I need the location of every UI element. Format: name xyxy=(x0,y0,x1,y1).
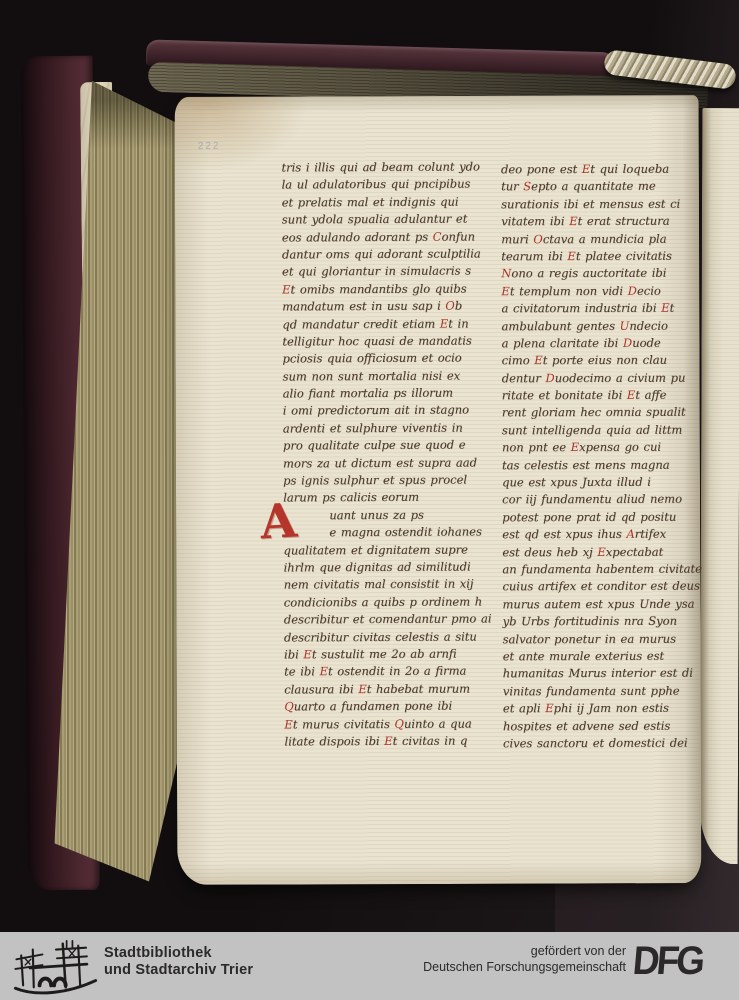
manuscript-line: larum ps calicis eorum xyxy=(283,490,468,508)
manuscript-text: xpectabat xyxy=(606,544,663,558)
manuscript-text: tris i illis qui ad beam colunt ydo xyxy=(281,159,480,174)
manuscript-line: ps ignis sulphur et spus procel xyxy=(283,473,468,491)
manuscript-line: est qd est xpus ihus Artifex xyxy=(502,527,674,545)
manuscript-text: t xyxy=(670,301,675,315)
rubricated-capital: E xyxy=(661,301,669,315)
manuscript-line: qualitatem et dignitatem supre xyxy=(283,542,468,560)
manuscript-text: t murus civitatis xyxy=(293,716,395,731)
manuscript-line: describitur et comendantur pmo ai xyxy=(284,612,469,630)
manuscript-text: cuius artifex et conditor est deus xyxy=(502,579,699,594)
manuscript-line: mandatum est in usu sap i Ob xyxy=(282,299,467,317)
manuscript-text: et qui gloriantur in simulacris s xyxy=(282,264,471,279)
manuscript-line: Nono a regis auctoritate ibi xyxy=(501,266,673,284)
manuscript-line: murus autem est xpus Unde ysa xyxy=(502,596,674,614)
rubricated-capital: C xyxy=(433,229,442,243)
rubricated-capital: O xyxy=(445,299,455,313)
manuscript-text: vitatem ibi xyxy=(501,214,569,228)
manuscript-text: qd mandatur credit etiam xyxy=(282,316,440,331)
manuscript-line: surationis ibi et mensus est ci xyxy=(501,196,673,214)
manuscript-line: hospites et advene sed estis xyxy=(503,718,675,736)
manuscript-line: cives sanctoru et domestici dei xyxy=(503,736,675,754)
rubricated-initial: A xyxy=(259,497,298,546)
manuscript-text: t erat structura xyxy=(578,214,670,228)
manuscript-line: et prelatis mal et indignis qui xyxy=(282,194,467,212)
manuscript-text: eos adulando adorant ps xyxy=(282,229,433,244)
manuscript-text: ritate et bonitate ibi xyxy=(502,388,627,402)
manuscript-text: que est xpus Juxta illud i xyxy=(502,475,651,490)
manuscript-line: sunt intelligenda quia ad littm xyxy=(502,423,674,441)
manuscript-line: est deus heb xj Expectabat xyxy=(502,544,674,562)
manuscript-line: clausura ibi Et habebat murum xyxy=(284,681,469,699)
manuscript-line: nem civitatis mal consistit in xij xyxy=(284,577,469,595)
manuscript-line: an fundamenta habentem civitate xyxy=(502,562,674,580)
library-name: Stadtbibliothek und Stadtarchiv Trier xyxy=(104,945,253,979)
manuscript-line: dentur Duodecimo a civium pu xyxy=(502,370,674,388)
manuscript-text: tur xyxy=(501,180,523,194)
manuscript-line: potest pone prat id qd positu xyxy=(502,510,674,528)
manuscript-text: et ante murale exterius est xyxy=(503,649,664,664)
manuscript-line: rent gloriam hec omnia spualit xyxy=(502,405,674,423)
manuscript-line: Et murus civitatis Quinto a qua xyxy=(284,716,469,734)
manuscript-line: describitur civitas celestis a situ xyxy=(284,629,469,647)
manuscript-line: qd mandatur credit etiam Et in xyxy=(282,316,467,334)
manuscript-text: t in xyxy=(448,316,468,330)
rubricated-capital: S xyxy=(523,180,531,194)
digitized-manuscript-photo: .1 e) L 222 A tris i illis qui ad beam c… xyxy=(0,0,739,1000)
rubricated-capital: U xyxy=(620,318,630,332)
manuscript-line: tris i illis qui ad beam colunt ydo xyxy=(281,160,466,178)
manuscript-line: la ul adulatoribus qui pncipibus xyxy=(282,177,467,195)
manuscript-line: eos adulando adorant ps Confun xyxy=(282,229,467,247)
manuscript-line: tas celestis est mens magna xyxy=(502,457,674,475)
manuscript-text: uinto a qua xyxy=(404,716,472,730)
manuscript-line: et qui gloriantur in simulacris s xyxy=(282,264,467,282)
folio-number-pencil: 222 xyxy=(198,141,221,152)
manuscript-text: a plena claritate ibi xyxy=(502,336,623,350)
manuscript-text: uode xyxy=(632,336,661,350)
manuscript-line: Et omibs mandantibs glo quibs xyxy=(282,281,467,299)
rubricated-capital: Q xyxy=(394,716,404,730)
rubricated-capital: E xyxy=(534,353,542,367)
manuscript-text: ambulabunt gentes xyxy=(502,318,620,332)
manuscript-text: non pnt ee xyxy=(502,440,571,454)
manuscript-line: cuius artifex et conditor est deus xyxy=(502,579,674,597)
manuscript-text: t qui loqueba xyxy=(590,162,669,176)
manuscript-text: t platee civitatis xyxy=(576,249,672,263)
manuscript-text: yb Urbs fortitudinis nra Syon xyxy=(503,614,677,629)
manuscript-line: telligitur hoc quasi de mandatis xyxy=(282,333,467,351)
manuscript-text: ardenti et sulphure viventis in xyxy=(283,420,463,435)
manuscript-text: cives sanctoru et domestici dei xyxy=(503,736,688,751)
manuscript-text: dantur oms qui adorant sculptilia xyxy=(282,246,481,261)
manuscript-text: t civitas in q xyxy=(393,733,468,747)
facing-page-sliver xyxy=(700,108,739,864)
rubricated-capital: D xyxy=(545,371,554,385)
manuscript-line: pro qualitate culpe sue quod e xyxy=(283,438,468,456)
manuscript-line: a civitatorum industria ibi Et xyxy=(501,301,673,319)
manuscript-line: e magna ostendit iohanes xyxy=(283,525,468,543)
manuscript-line: uant unus za ps xyxy=(283,507,468,525)
manuscript-line: ibi Et sustulit me 2o ab arnfi xyxy=(284,646,469,664)
manuscript-text: vinitas fundamenta sunt pphe xyxy=(503,683,680,698)
manuscript-line: cor iij fundamentu aliud nemo xyxy=(502,492,674,510)
manuscript-line: condicionibs a quibs p ordinem h xyxy=(284,594,469,612)
manuscript-line: litate dispois ibi Et civitas in q xyxy=(284,733,469,751)
manuscript-text: qualitatem et dignitatem supre xyxy=(283,542,468,557)
manuscript-text: t affe xyxy=(635,388,666,402)
manuscript-text: t ostendit in 2o a firma xyxy=(328,664,466,679)
manuscript-line: yb Urbs fortitudinis nra Syon xyxy=(503,614,675,632)
manuscript-line: ardenti et sulphure viventis in xyxy=(283,420,468,438)
manuscript-line: a plena claritate ibi Duode xyxy=(502,336,674,354)
manuscript-line: et apli Ephi ij Jam non estis xyxy=(503,701,675,719)
manuscript-text: rtifex xyxy=(635,527,666,541)
manuscript-line: Et templum non vidi Decio xyxy=(501,283,673,301)
funding-line2: Deutschen Forschungsgemeinschaft xyxy=(423,960,626,976)
manuscript-text: ps ignis sulphur et spus procel xyxy=(283,473,467,488)
manuscript-text: nem civitatis mal consistit in xij xyxy=(284,577,474,592)
manuscript-text: sunt ydola spualia adulantur et xyxy=(282,212,468,227)
rubricated-capital: E xyxy=(320,665,328,679)
manuscript-line: cimo Et porte eius non clau xyxy=(502,353,674,371)
manuscript-text: ctava a mundicia pla xyxy=(543,231,667,245)
manuscript-text: la ul adulatoribus qui pncipibus xyxy=(282,177,471,192)
manuscript-line: pciosis quia officiosum et ocio xyxy=(282,351,467,369)
manuscript-line: sum non sunt mortalia nisi ex xyxy=(283,368,468,386)
library-name-line2: und Stadtarchiv Trier xyxy=(104,962,253,979)
manuscript-text: sum non sunt mortalia nisi ex xyxy=(283,368,461,383)
manuscript-text: ecio xyxy=(637,283,661,297)
manuscript-text: et prelatis mal et indignis qui xyxy=(282,194,459,209)
manuscript-text: tearum ibi xyxy=(501,249,567,263)
manuscript-line: ambulabunt gentes Undecio xyxy=(502,318,674,336)
manuscript-text: muri xyxy=(501,232,533,246)
rubricated-capital: E xyxy=(303,647,311,661)
manuscript-line: muri Octava a mundicia pla xyxy=(501,231,673,249)
rubricated-capital: E xyxy=(567,249,575,263)
manuscript-text: telligitur hoc quasi de mandatis xyxy=(282,333,471,348)
manuscript-text: uarto a fundamen pone ibi xyxy=(294,699,452,714)
manuscript-text: a civitatorum industria ibi xyxy=(501,301,661,316)
manuscript-text: pciosis quia officiosum et ocio xyxy=(282,351,461,366)
manuscript-text: i omi predictorum ait in stagno xyxy=(283,403,469,418)
manuscript-line: i omi predictorum ait in stagno xyxy=(283,403,468,421)
rubricated-capital: O xyxy=(533,232,542,246)
manuscript-text: epto a quantitate me xyxy=(531,179,656,193)
manuscript-line: tur Septo a quantitate me xyxy=(501,179,673,197)
manuscript-text: est deus heb xj xyxy=(502,545,597,559)
digitization-footer: Stadtbibliothek und Stadtarchiv Trier ge… xyxy=(0,932,739,1000)
manuscript-line: dantur oms qui adorant sculptilia xyxy=(282,246,467,264)
manuscript-text: ndecio xyxy=(629,318,668,332)
manuscript-text: t omibs mandantibs glo quibs xyxy=(290,281,466,296)
manuscript-text: litate dispois ibi xyxy=(284,734,384,749)
manuscript-text: ihrlm que dignitas ad similitudi xyxy=(284,559,471,574)
manuscript-text: e magna ostendit iohanes xyxy=(329,525,482,540)
manuscript-text: xpensa go cui xyxy=(579,440,661,454)
library-logo-porta-nigra-icon xyxy=(12,938,100,996)
manuscript-line: non pnt ee Expensa go cui xyxy=(502,440,674,458)
manuscript-text: cimo xyxy=(502,353,535,367)
manuscript-line: humanitas Murus interior est di xyxy=(503,666,675,684)
manuscript-text: cor iij fundamentu aliud nemo xyxy=(502,492,682,507)
manuscript-text: te ibi xyxy=(284,665,320,679)
manuscript-text: pro qualitate culpe sue quod e xyxy=(283,438,466,453)
manuscript-text: et apli xyxy=(503,701,545,715)
manuscript-text: sunt intelligenda quia ad littm xyxy=(502,423,682,438)
manuscript-text: mandatum est in usu sap i xyxy=(282,299,445,314)
manuscript-line: deo pone est Et qui loqueba xyxy=(501,162,673,180)
funding-line1: gefördert von der xyxy=(423,944,626,960)
manuscript-text: alio fiant mortalia ps illorum xyxy=(283,386,453,401)
manuscript-text: tas celestis est mens magna xyxy=(502,457,670,472)
manuscript-text: mors za ut dictum est supra aad xyxy=(283,455,477,470)
manuscript-text: deo pone est xyxy=(501,162,582,176)
rubricated-capital: N xyxy=(501,267,511,281)
manuscript-text: t porte eius non clau xyxy=(543,353,667,367)
rubricated-capital: E xyxy=(384,734,392,748)
manuscript-text: ono a regis auctoritate ibi xyxy=(511,266,666,281)
manuscript-text: t sustulit me 2o ab arnfi xyxy=(312,647,457,662)
manuscript-text: ibi xyxy=(284,647,303,661)
manuscript-text: larum ps calicis eorum xyxy=(283,490,419,505)
manuscript-text: describitur et comendantur pmo ai xyxy=(284,612,492,627)
manuscript-text: t templum non vidi xyxy=(510,284,628,298)
manuscript-line: ihrlm que dignitas ad similitudi xyxy=(284,559,469,577)
manuscript-text: hospites et advene sed estis xyxy=(503,718,670,733)
funding-credit: gefördert von der Deutschen Forschungsge… xyxy=(423,944,626,975)
manuscript-text: clausura ibi xyxy=(284,682,358,696)
manuscript-line: ritate et bonitate ibi Et affe xyxy=(502,388,674,406)
manuscript-text: describitur civitas celestis a situ xyxy=(284,629,477,644)
text-column-right: deo pone est Et qui loquebatur Septo a q… xyxy=(501,162,675,754)
manuscript-line: vitatem ibi Et erat structura xyxy=(501,214,673,232)
manuscript-line: mors za ut dictum est supra aad xyxy=(283,455,468,473)
manuscript-text: potest pone prat id qd positu xyxy=(502,510,676,525)
manuscript-text: salvator ponetur in ea murus xyxy=(503,631,676,646)
rubricated-capital: E xyxy=(627,388,635,402)
manuscript-text: onfun xyxy=(442,229,475,243)
dfg-logo: DFG xyxy=(631,938,704,983)
rubricated-capital: E xyxy=(545,701,553,715)
manuscript-text: est qd est xpus ihus xyxy=(502,527,626,541)
manuscript-line: et ante murale exterius est xyxy=(503,649,675,667)
manuscript-line: salvator ponetur in ea murus xyxy=(503,631,675,649)
manuscript-line: sunt ydola spualia adulantur et xyxy=(282,212,467,230)
library-name-line1: Stadtbibliothek xyxy=(104,945,253,962)
manuscript-text: surationis ibi et mensus est ci xyxy=(501,196,680,211)
manuscript-text: t habebat murum xyxy=(367,681,470,696)
manuscript-line: alio fiant mortalia ps illorum xyxy=(283,386,468,404)
text-column-left: A tris i illis qui ad beam colunt ydola … xyxy=(281,160,469,752)
rubricated-capital: D xyxy=(628,284,637,298)
rubricated-capital: E xyxy=(440,316,448,330)
manuscript-text: dentur xyxy=(502,371,546,385)
rubricated-capital: E xyxy=(571,440,579,454)
manuscript-line: vinitas fundamenta sunt pphe xyxy=(503,683,675,701)
manuscript-text: uodecimo a civium pu xyxy=(555,370,686,384)
rubricated-capital: D xyxy=(623,336,632,350)
manuscript-line: Quarto a fundamen pone ibi xyxy=(284,699,469,717)
manuscript-text: uant unus za ps xyxy=(329,508,424,522)
manuscript-line: tearum ibi Et platee civitatis xyxy=(501,249,673,267)
manuscript-text: b xyxy=(455,299,462,313)
manuscript-text: phi ij Jam non estis xyxy=(554,701,669,715)
manuscript-text: rent gloriam hec omnia spualit xyxy=(502,405,686,420)
manuscript-line: te ibi Et ostendit in 2o a firma xyxy=(284,664,469,682)
manuscript-line: que est xpus Juxta illud i xyxy=(502,475,674,493)
manuscript-text: murus autem est xpus Unde ysa xyxy=(502,596,694,611)
rubricated-capital: A xyxy=(626,527,634,541)
manuscript-text: humanitas Murus interior est di xyxy=(503,666,693,681)
manuscript-text: condicionibs a quibs p ordinem h xyxy=(284,594,482,609)
manuscript-text: an fundamenta habentem civitate xyxy=(502,562,702,577)
